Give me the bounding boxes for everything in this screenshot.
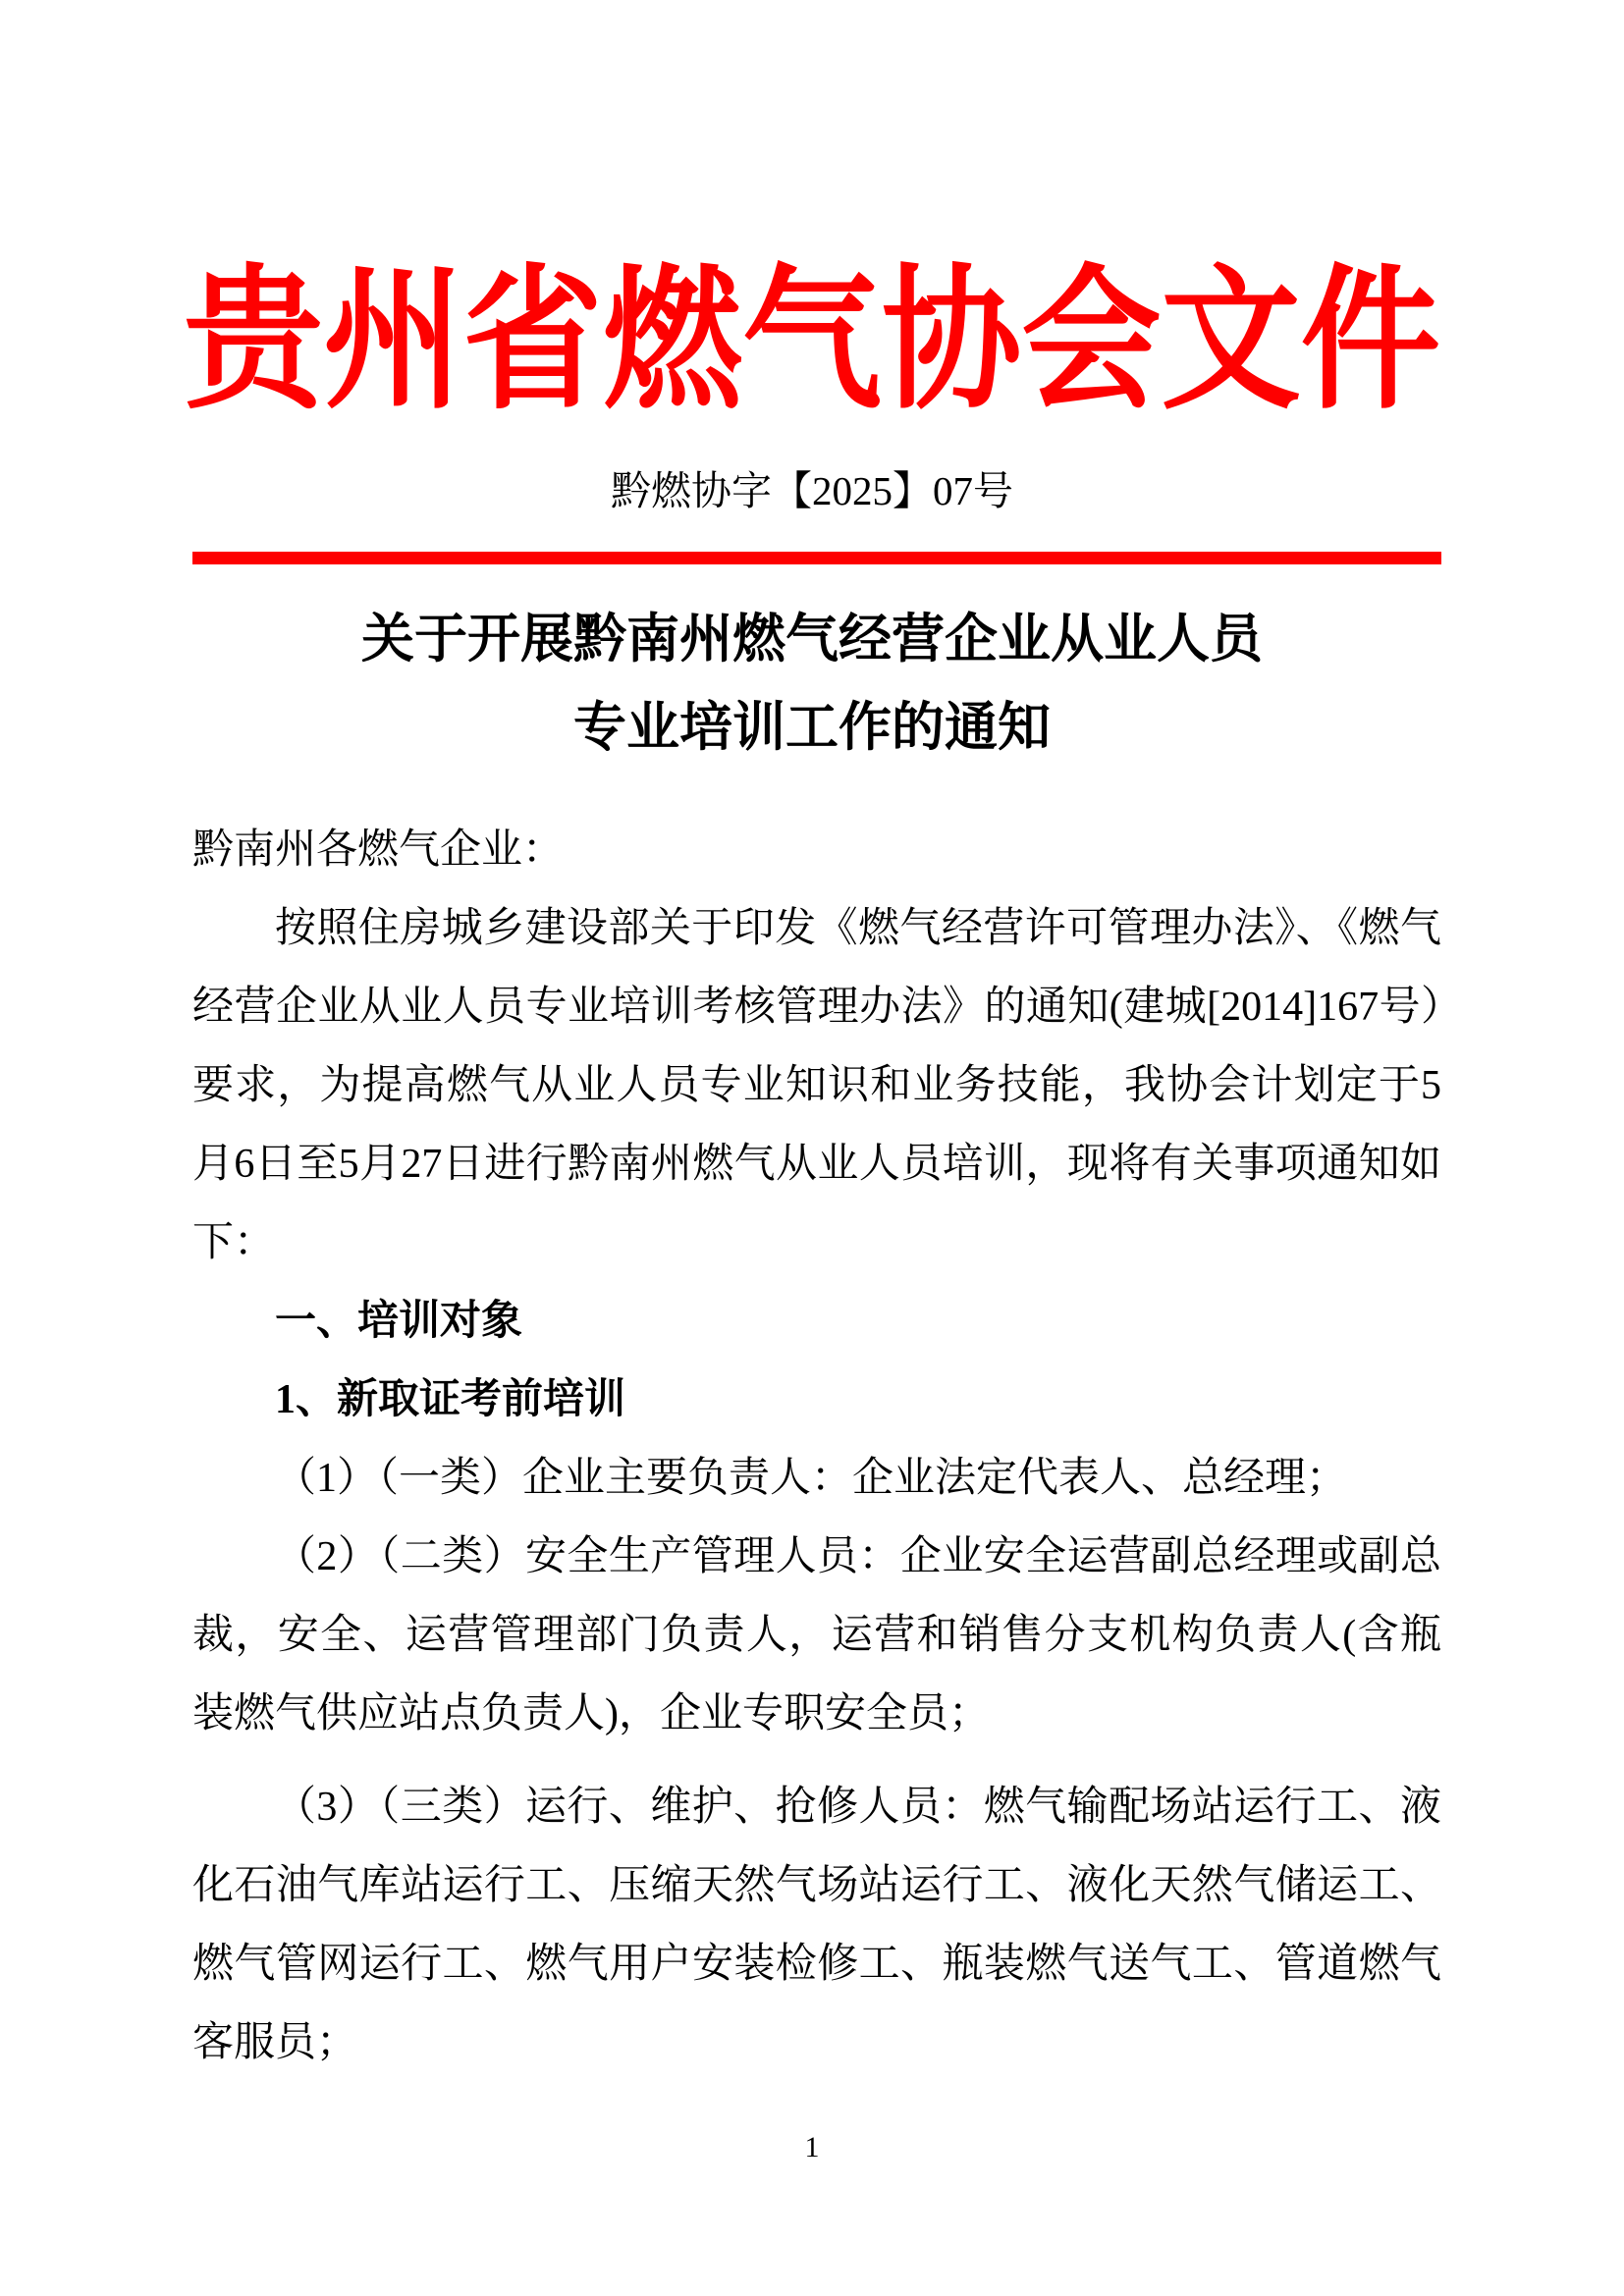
document-body: 黔南州各燃气企业： 按照住房城乡建设部关于印发《燃气经营许可管理办法》、《燃气经… [192,811,1441,2082]
red-divider-rule [192,552,1441,564]
item-category-1: （1）（一类）企业主要负责人：企业法定代表人、总经理； [192,1439,1441,1518]
item-category-2: （2）（二类）安全生产管理人员：企业安全运营副总经理或副总裁，安全、运营管理部门… [192,1518,1441,1753]
subsection-heading-new-certificate-training: 1、新取证考前培训 [192,1361,1441,1439]
paragraph-intro: 按照住房城乡建设部关于印发《燃气经营许可管理办法》、《燃气经营企业从业人员专业培… [192,889,1441,1282]
page-number: 1 [0,2130,1624,2165]
section-heading-training-targets: 一、培训对象 [192,1282,1441,1361]
salutation: 黔南州各燃气企业： [192,811,1441,889]
document-number: 黔燃协字【2025】07号 [0,467,1624,514]
document-page: 贵州省燃气协会文件 黔燃协字【2025】07号 关于开展黔南州燃气经营企业从业人… [0,0,1624,2296]
item-category-3: （3）（三类）运行、维护、抢修人员：燃气输配场站运行工、液化石油气库站运行工、压… [192,1768,1441,2082]
document-title-line-2: 专业培训工作的通知 [0,683,1624,772]
document-title-line-1: 关于开展黔南州燃气经营企业从业人员 [0,595,1624,683]
document-title: 关于开展黔南州燃气经营企业从业人员 专业培训工作的通知 [0,595,1624,772]
masthead-title: 贵州省燃气协会文件 [81,257,1543,424]
